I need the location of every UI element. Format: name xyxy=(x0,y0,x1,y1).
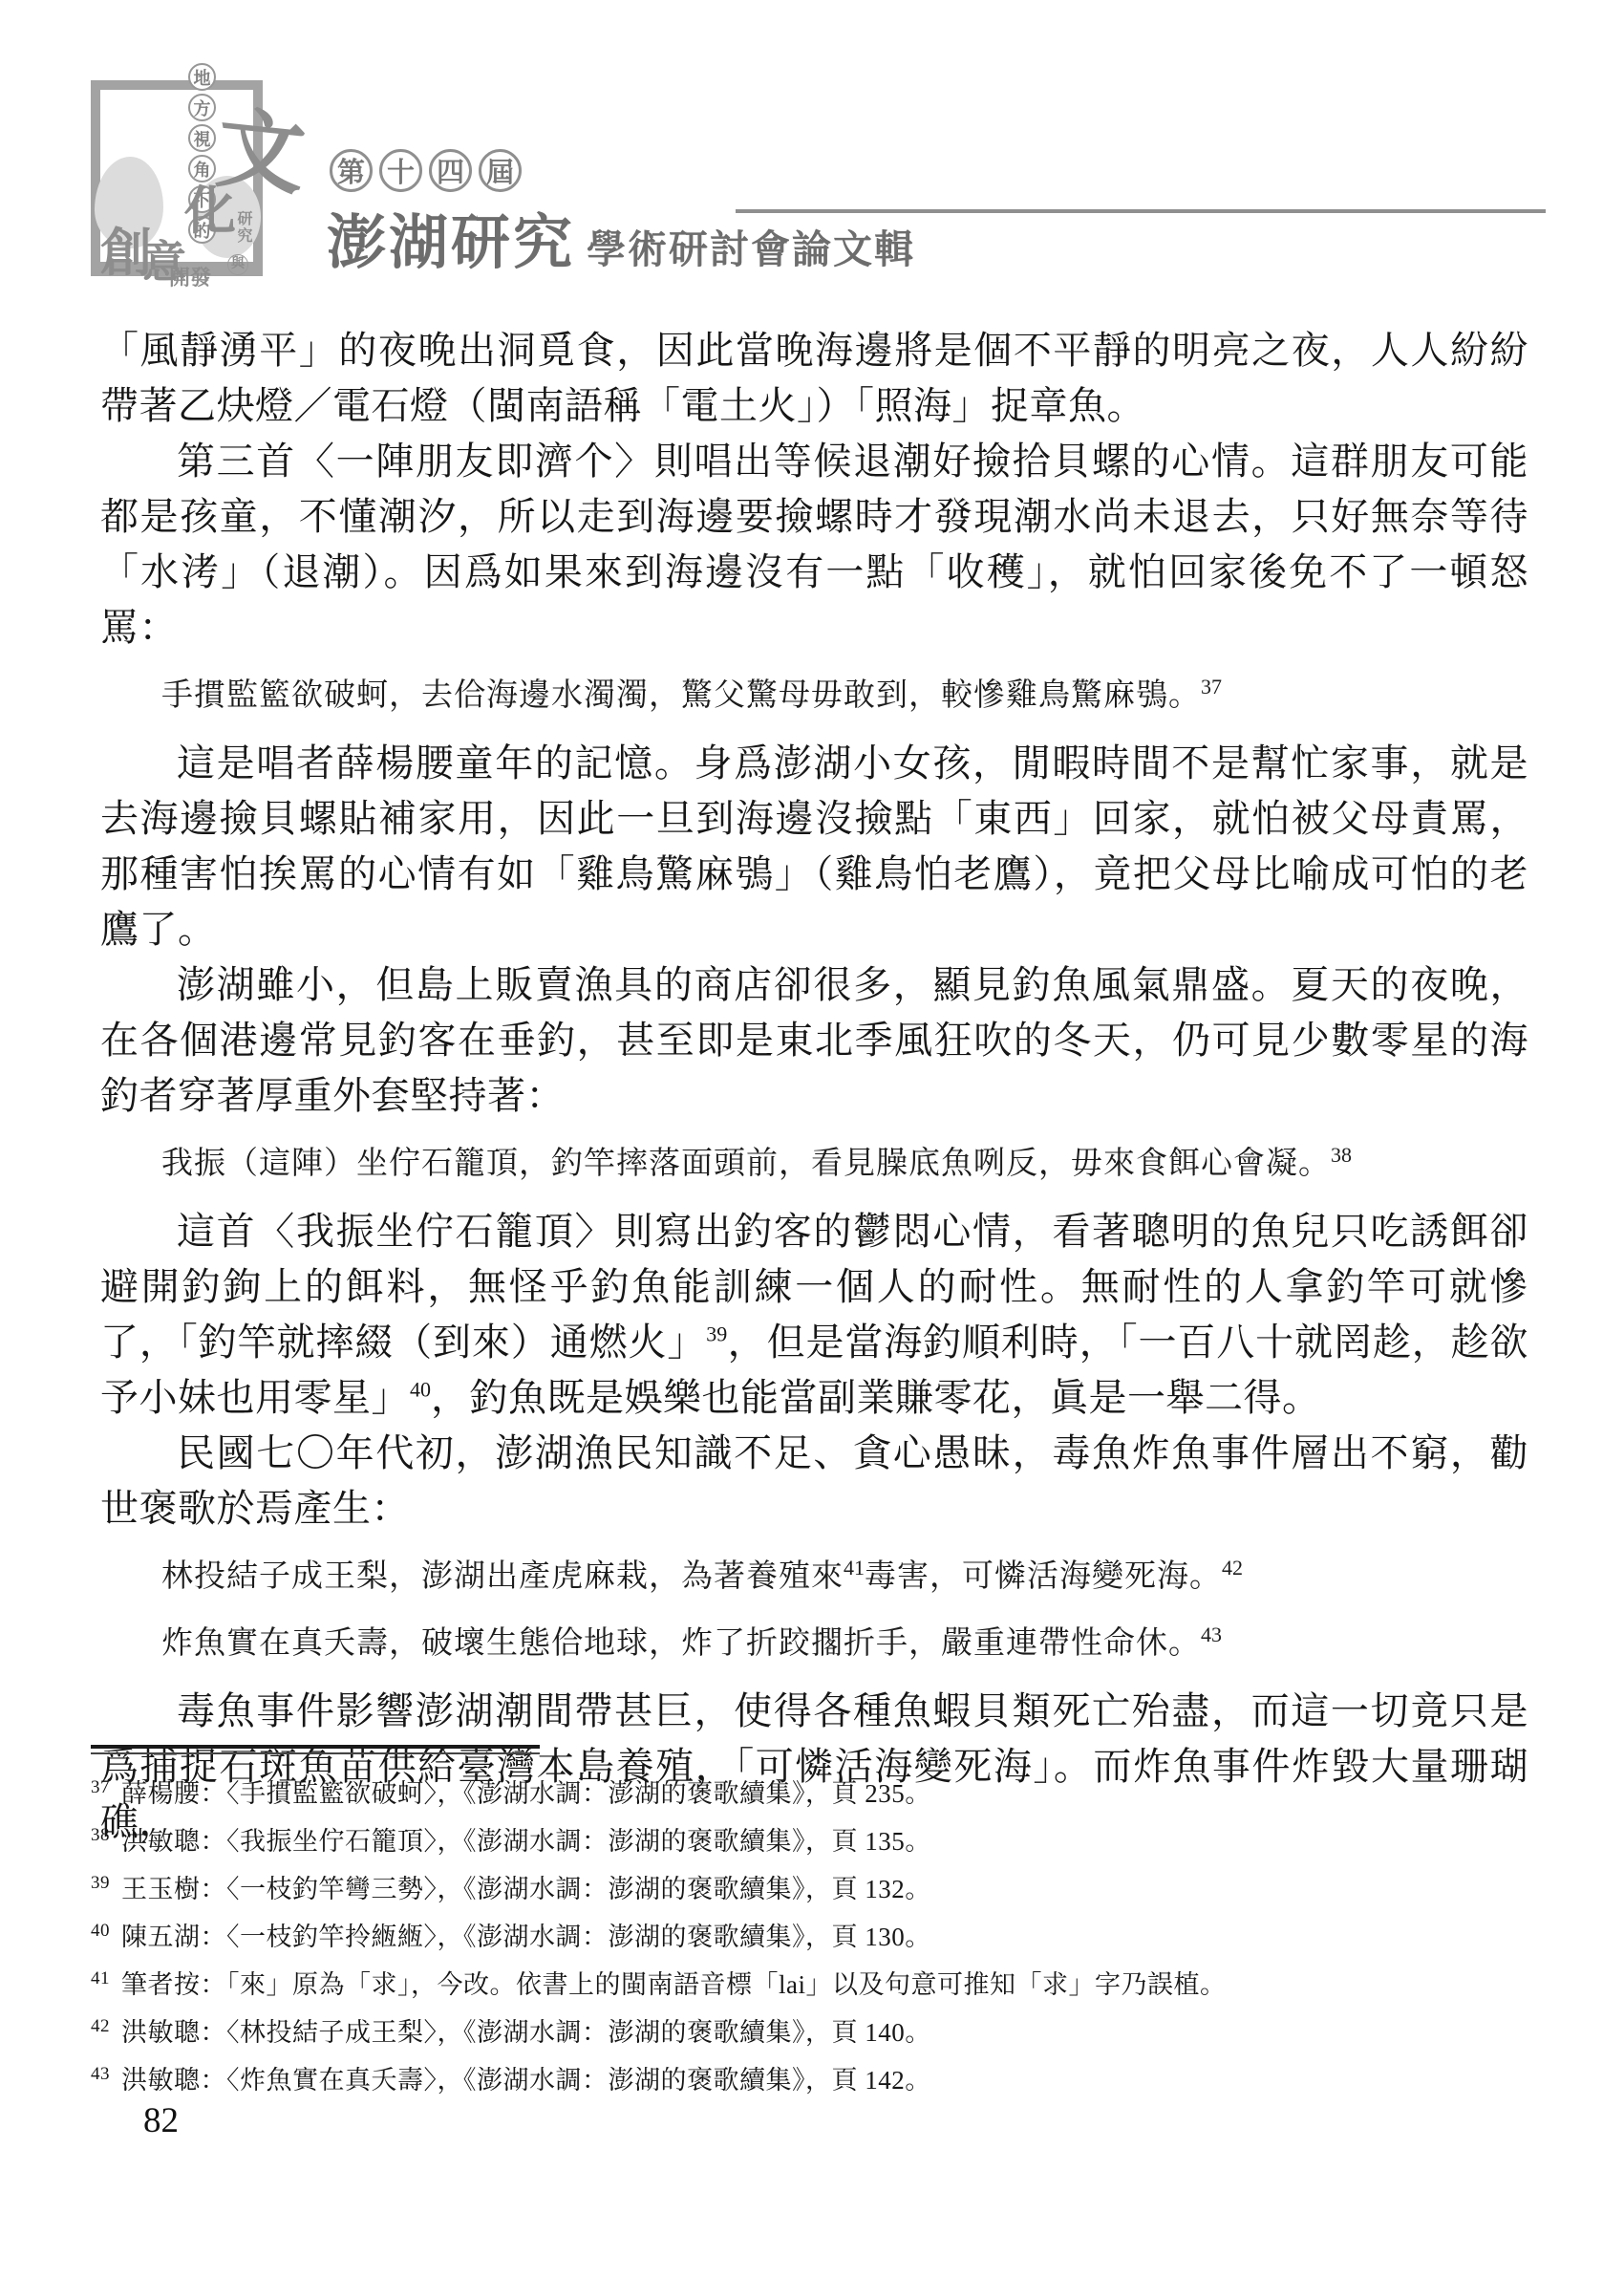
logo-small-label: 開發 xyxy=(169,262,211,291)
logo-char-hua: 化 xyxy=(184,185,236,237)
footnote-text: 王玉樹：〈一枝釣竿彎三勢〉，《澎湖水調：澎湖的褒歌續集》，頁 132。 xyxy=(121,1875,931,1903)
footnote-ref: 37 xyxy=(1201,675,1222,698)
title-main: 澎湖研究 xyxy=(327,211,575,276)
paragraph: 澎湖雖小，但島上販賣漁具的商店卻很多，顯見釣魚風氣鼎盛。夏天的夜晚，在各個港邊常… xyxy=(100,957,1528,1124)
edition-badge: 第 十 四 屆 xyxy=(330,149,522,192)
proceedings-title: 澎湖研究學術研討會論文輯 xyxy=(327,195,915,280)
paragraph: 這首〈我振坐佇石籠頂〉則寫出釣客的鬱悶心情，看著聰明的魚兒只吃誘餌卻避開釣鉤上的… xyxy=(100,1204,1528,1426)
edition-char: 四 xyxy=(429,149,472,192)
footnote-ref: 38 xyxy=(1331,1143,1352,1167)
footnote: 43洪敏聰：〈炸魚實在真夭壽〉，《澎湖水調：澎湖的褒歌續集》，頁 142。 xyxy=(91,2056,1538,2104)
quoted-verse: 我振（這陣）坐佇石籠頂，釣竿摔落面頭前，看見臊底魚咧反，毋來食餌心會凝。38 xyxy=(100,1137,1528,1191)
quoted-verse: 手摜監籃欲破蚵，去佮海邊水濁濁，驚父驚母毋敢到，較慘雞鳥驚麻鴞。37 xyxy=(100,669,1528,722)
footnote-text: 洪敏聰：〈炸魚實在真夭壽〉，《澎湖水調：澎湖的褒歌續集》，頁 142。 xyxy=(121,2066,931,2095)
edition-char: 屆 xyxy=(479,149,522,192)
quote-text: 手摜監籃欲破蚵，去佮海邊水濁濁，驚父驚母毋敢到，較慘雞鳥驚麻鴞。 xyxy=(161,678,1201,713)
footnote-ref: 41 xyxy=(844,1556,865,1580)
footnote-number: 41 xyxy=(91,1968,110,1988)
paragraph: 民國七〇年代初，澎湖漁民知識不足、貪心愚昧，毒魚炸魚事件層出不窮，勸世褒歌於焉產… xyxy=(100,1426,1528,1537)
logo-motto-char: 地 xyxy=(188,63,216,91)
footnote-number: 39 xyxy=(91,1873,110,1893)
footnote-number: 38 xyxy=(91,1825,110,1845)
quote-text: 毒害，可憐活海變死海。 xyxy=(865,1559,1222,1594)
footnote-number: 42 xyxy=(91,2016,110,2036)
footnote-text: 洪敏聰：〈我振坐佇石籠頂〉，《澎湖水調：澎湖的褒歌續集》，頁 135。 xyxy=(121,1827,931,1856)
footnote-number: 43 xyxy=(91,2064,110,2084)
footnote-separator xyxy=(91,1745,540,1754)
footnote: 41筆者按：「來」原為「求」，今改。依書上的閩南語音標「lai」以及句意可推知「… xyxy=(91,1961,1538,2009)
footnote: 40陳五湖：〈一枝釣竿拎緪緪〉，《澎湖水調：澎湖的褒歌續集》，頁 130。 xyxy=(91,1913,1538,1961)
footnote-text: 薛楊腰：〈手摜監籃欲破蚵〉，《澎湖水調：澎湖的褒歌續集》，頁 235。 xyxy=(121,1779,931,1808)
footnote: 39王玉樹：〈一枝釣竿彎三勢〉，《澎湖水調：澎湖的褒歌續集》，頁 132。 xyxy=(91,1865,1538,1913)
edition-char: 十 xyxy=(379,149,422,192)
paragraph-text: ，釣魚既是娛樂也能當副業賺零花，眞是一舉二得。 xyxy=(431,1376,1321,1419)
document-page: 地 方 視 角 下 的 文 化 創 意 研究 與 開發 第 十 四 屆 澎湖研究… xyxy=(0,0,1624,2278)
title-sub: 學術研討會論文輯 xyxy=(587,227,915,271)
logo-small-label: 研究 xyxy=(232,210,254,245)
quote-text: 我振（這陣）坐佇石籠頂，釣竿摔落面頭前，看見臊底魚咧反，毋來食餌心會凝。 xyxy=(161,1147,1331,1181)
conference-logo: 地 方 視 角 下 的 文 化 創 意 研究 與 開發 xyxy=(81,50,287,298)
paragraph: 這是唱者薛楊腰童年的記憶。身爲澎湖小女孩，閒暇時間不是幫忙家事，就是去海邊撿貝螺… xyxy=(100,736,1528,957)
footnote-number: 37 xyxy=(91,1777,110,1797)
logo-motto-char: 角 xyxy=(188,155,216,183)
paragraph: 「風靜湧平」的夜晚出洞覓食，因此當晚海邊將是個不平靜的明亮之夜，人人紛紛帶著乙炔… xyxy=(100,323,1528,434)
footnote-text: 陳五湖：〈一枝釣竿拎緪緪〉，《澎湖水調：澎湖的褒歌續集》，頁 130。 xyxy=(121,1923,931,1951)
quote-text: 林投結子成王梨，澎湖出產虎麻栽，為著養殖來 xyxy=(161,1559,844,1594)
footnote-ref: 39 xyxy=(706,1322,727,1346)
footnote-number: 40 xyxy=(91,1921,110,1941)
footnote-text: 筆者按：「來」原為「求」，今改。依書上的閩南語音標「lai」以及句意可推知「求」… xyxy=(121,1970,1227,1999)
footnotes-section: 37薛楊腰：〈手摜監籃欲破蚵〉，《澎湖水調：澎湖的褒歌續集》，頁 235。 38… xyxy=(91,1745,1538,2104)
logo-small-label: 與 xyxy=(227,254,248,275)
footnote: 37薛楊腰：〈手摜監籃欲破蚵〉，《澎湖水調：澎湖的褒歌續集》，頁 235。 xyxy=(91,1770,1538,1817)
footnote-ref: 40 xyxy=(410,1378,431,1402)
footnote: 42洪敏聰：〈林投結子成王梨〉，《澎湖水調：澎湖的褒歌續集》，頁 140。 xyxy=(91,2009,1538,2056)
footnote-ref: 43 xyxy=(1201,1623,1222,1646)
article-body: 「風靜湧平」的夜晚出洞覓食，因此當晚海邊將是個不平靜的明亮之夜，人人紛紛帶著乙炔… xyxy=(100,323,1528,1850)
page-number: 82 xyxy=(143,2100,179,2141)
quote-text: 炸魚實在真夭壽，破壞生態佮地球，炸了折跤擱折手，嚴重連帶性命休。 xyxy=(161,1626,1201,1661)
logo-motto-char: 方 xyxy=(188,94,216,121)
edition-char: 第 xyxy=(330,149,373,192)
logo-motto-char: 視 xyxy=(188,124,216,152)
footnote-text: 洪敏聰：〈林投結子成王梨〉，《澎湖水調：澎湖的褒歌續集》，頁 140。 xyxy=(121,2018,931,2047)
header-rule xyxy=(736,209,1546,213)
quoted-verse: 林投結子成王梨，澎湖出產虎麻栽，為著養殖來41毒害，可憐活海變死海。42 xyxy=(100,1550,1528,1603)
footnote-ref: 42 xyxy=(1222,1556,1243,1580)
paragraph: 第三首〈一陣朋友即濟个〉則唱出等候退潮好撿拾貝螺的心情。這群朋友可能都是孩童，不… xyxy=(100,434,1528,655)
quoted-verse: 炸魚實在真夭壽，破壞生態佮地球，炸了折跤擱折手，嚴重連帶性命休。43 xyxy=(100,1617,1528,1670)
footnote: 38洪敏聰：〈我振坐佇石籠頂〉，《澎湖水調：澎湖的褒歌續集》，頁 135。 xyxy=(91,1817,1538,1865)
